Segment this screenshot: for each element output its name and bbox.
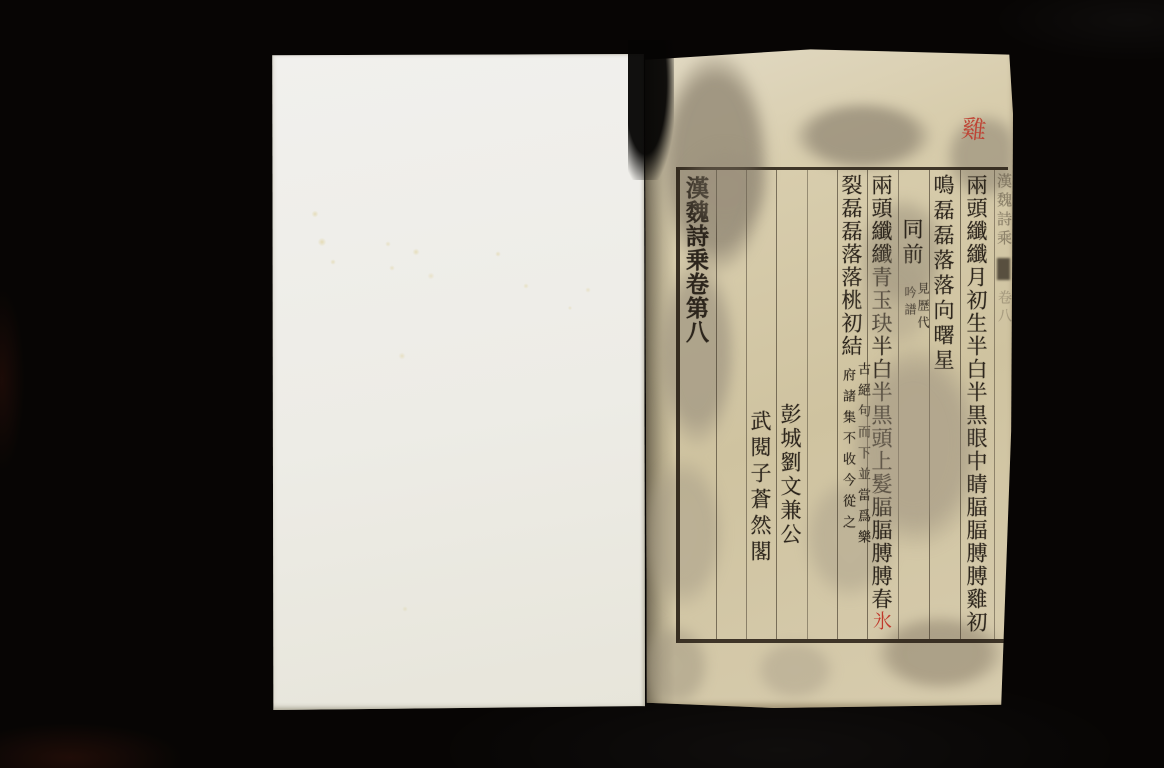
- poem1-line1-text: 兩頭纖纖月初生半白半黒眼中睛腷腷膊膊雞初: [964, 174, 988, 634]
- text-column-poem2-line2: 裂磊磊落落桃初結: [840, 174, 861, 358]
- column-rule: [929, 170, 930, 639]
- column-rule: [716, 170, 717, 639]
- column-rule: [960, 170, 961, 639]
- folio-edge-chapter: 卷八: [997, 290, 1011, 326]
- photo-backdrop: 雞 兩頭纖纖月初生半白半黒眼中睛腷腷膊膊雞初 鳴磊磊落落向曙星 同前: [0, 0, 1164, 768]
- column-rule: [776, 170, 777, 639]
- text-column-poem1-line2: 鳴磊磊落落向曙星: [932, 174, 953, 374]
- folio-edge-title: 漢魏詩乘: [996, 173, 1011, 249]
- editorial-note-right: 古絕句而下並當爲樂: [856, 362, 869, 551]
- heading-note-left-text: 吟譜: [903, 286, 917, 320]
- column-rule: [837, 170, 838, 639]
- editorial-note-left-text: 府諸集不收今從之: [840, 368, 855, 536]
- volume-title-text: 漢魏詩乗卷第八: [682, 176, 709, 344]
- heading-note-right-text: 見歷代: [916, 282, 930, 333]
- text-column-heading: 同前: [901, 218, 922, 268]
- printed-text-frame: 兩頭纖纖月初生半白半黒眼中睛腷腷膊膊雞初 鳴磊磊落落向曙星 同前 見歷代 吟譜 …: [676, 167, 1008, 643]
- editorial-note-left: 府諸集不收今從之: [841, 368, 854, 536]
- blank-verso-page: [270, 54, 645, 710]
- folio-edge-chapter-text: 卷八: [996, 290, 1012, 326]
- heading-note-right: 見歷代: [917, 282, 929, 333]
- poem2-line1-text: 兩頭纖纖青玉玦半白半黒頭上髮腷腷膊膊春: [869, 174, 893, 611]
- volume-title-column: 漢魏詩乗卷第八: [684, 176, 707, 344]
- folio-edge-title-text: 漢魏詩乘: [995, 173, 1013, 249]
- colophon-left-column: 武閱子蒼然閣: [749, 410, 770, 566]
- poem1-line2-text: 鳴磊磊落落向曙星: [931, 174, 955, 374]
- text-column-poem1-line1: 兩頭纖纖月初生半白半黒眼中睛腷腷膊膊雞初: [965, 174, 986, 634]
- heading-text: 同前: [900, 218, 924, 268]
- folio-edge-mark: [997, 258, 1010, 280]
- column-rule: [746, 170, 747, 639]
- heading-note-left: 吟譜: [904, 286, 916, 320]
- poem2-line2-text: 裂磊磊落落桃初結: [839, 174, 863, 358]
- editorial-note-right-text: 古絕句而下並當爲樂: [855, 362, 870, 551]
- red-handwritten-category-mark: 雞: [959, 115, 986, 142]
- colophon-right-column: 彭城劉文兼公: [779, 403, 800, 547]
- text-column-poem2-line1: 兩頭纖纖青玉玦半白半黒頭上髮腷腷膊膊春氷: [870, 174, 891, 632]
- colophon-right-text: 彭城劉文兼公: [778, 403, 802, 547]
- column-rule: [898, 170, 899, 639]
- printed-recto-page: 雞 兩頭纖纖月初生半白半黒眼中睛腷腷膊膊雞初 鳴磊磊落落向曙星 同前: [645, 48, 1013, 708]
- colophon-left-text: 武閱子蒼然閣: [748, 410, 772, 566]
- red-inline-correction: 氷: [870, 611, 892, 632]
- torn-gap-shadow: [628, 40, 674, 180]
- column-rule: [807, 170, 808, 639]
